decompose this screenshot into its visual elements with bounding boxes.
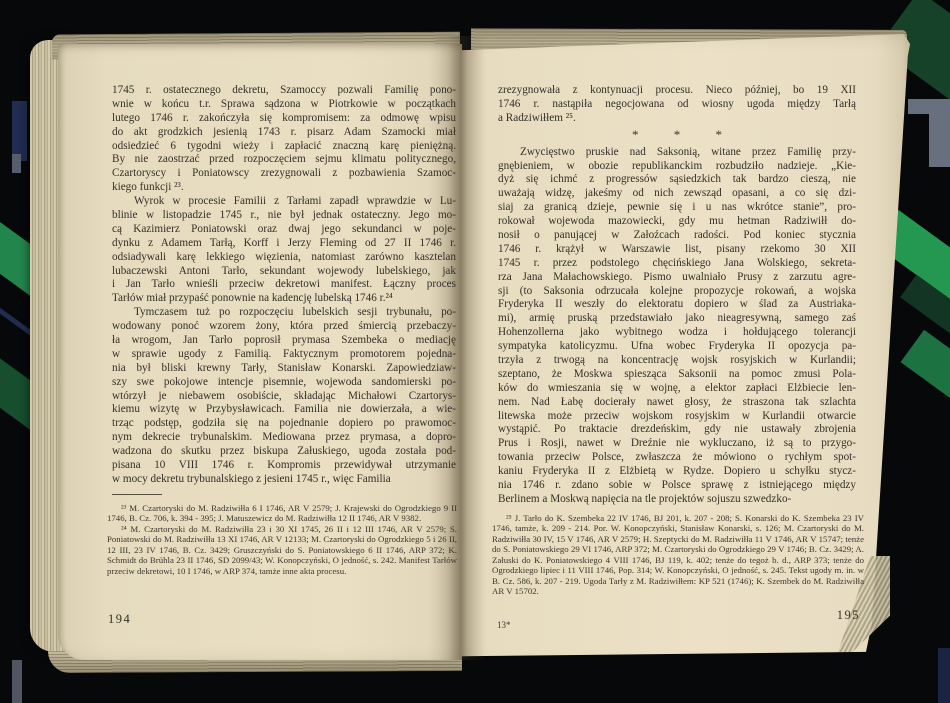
text-line: trzyła z trwogą na koncentrację wojsk ro…	[498, 354, 856, 368]
text-line: wnie w końcu t.r. Sprawa sądzona w Piotr…	[112, 98, 456, 112]
text-line: Wyrok w procesie Familii z Tarłami zapad…	[112, 195, 456, 209]
text-line: odsiadywali karę lekkiego więzienia, nat…	[112, 251, 456, 265]
text-line: lutego 1746 r. zakończyła się kompromise…	[112, 112, 456, 126]
footnote: ²⁵ J. Tarło do K. Szembeka 22 IV 1746, B…	[492, 513, 864, 597]
right-page-text-column: zrezygnowała z kontynuacji procesu. Niec…	[498, 84, 856, 597]
text-line: rza Jana Małachowskiego. Pismo uwalniało…	[498, 271, 856, 285]
open-book: 1745 r. ostatecznego dekretu, Szamoccy p…	[0, 0, 950, 703]
text-line: wadzona do skutku przez biskupa Załuskie…	[112, 445, 456, 459]
text-line: Zwycięstwo pruskie nad Saksonią, witane …	[498, 146, 856, 160]
text-line: sympatyka katolicyzmu. Ufna wobec Fryder…	[498, 340, 856, 354]
text-line: zrezygnowała z kontynuacji procesu. Niec…	[498, 84, 856, 98]
left-page-paragraphs: 1745 r. ostatecznego dekretu, Szamoccy p…	[112, 84, 456, 487]
text-line: nem. Nad Łabę docierały nawet głosy, że …	[498, 396, 856, 410]
text-line: wodowany ponoć wzorem żony, która przed …	[112, 320, 456, 334]
text-line: Prus i Rosji, nawet w Dreźnie nie wykluc…	[498, 437, 856, 451]
text-line: odsiedzieć 6 tygodni wieży i zapłacić zn…	[112, 140, 456, 154]
text-line: dynku z Adamem Tarłą, Korff i Jerzy Flem…	[112, 237, 456, 251]
text-line: w sprawie ugody z Familią. Faktycznym pr…	[112, 348, 456, 362]
text-line: 1745 r. przez podstolego chęcińskiego Ja…	[498, 257, 856, 271]
text-line: dyż się ichmć z progressów sąsiedzkich t…	[498, 173, 856, 187]
footnote: ²⁴ M. Czartoryski do M. Radziwiłła 23 i …	[107, 524, 457, 577]
text-line: gnębieniem, w obozie republikanckim rozb…	[498, 160, 856, 174]
text-line: Berlinem a Moskwą napięcia na tle projek…	[498, 493, 856, 507]
text-line: nym dekrecie trybunalskim. Mediowana prz…	[112, 431, 456, 445]
text-line: nia 1746 r. zdano sobie w Polsce sprawę …	[498, 479, 856, 493]
text-line: lubaczewski Antoni Tarło, sekundant woje…	[112, 265, 456, 279]
text-line: Tarłów miał przypaść ponownie na kadencj…	[112, 292, 456, 306]
text-line: Hohenzollerna jako wybitnego wodza i hoł…	[498, 326, 856, 340]
text-line: uważają widzę, jakeśmy od nich zewsząd o…	[498, 187, 856, 201]
text-line: wtórzył je niebawem osobiście, składając…	[112, 390, 456, 404]
text-line: Fryderyka II weszły do elektoratu dopier…	[498, 298, 856, 312]
text-line: By nie zaostrzać przed rozpoczęciem sejm…	[112, 153, 456, 167]
text-line: Tymczasem tuż po rozpoczęciu lubelskich …	[112, 306, 456, 320]
printer-signature-mark: 13*	[497, 620, 511, 630]
text-line: 1746 r. nastąpiła negocjowana od wiosny …	[498, 98, 856, 112]
right-page-footnotes: ²⁵ J. Tarło do K. Szembeka 22 IV 1746, B…	[492, 513, 864, 597]
text-line: pisana 10 VIII 1746 r. Kompromis przewid…	[112, 459, 456, 473]
text-line: rokował wojewoda mazowiecki, gdy mu hetm…	[498, 215, 856, 229]
text-line: sji (to Saksonia odrzucała kolejne propo…	[498, 285, 856, 299]
desktop: { "desktop": { "bg": "#07080a", "green_b…	[0, 0, 950, 703]
page-number-right: 195	[760, 608, 860, 623]
left-page-footnotes: ²³ M. Czartoryski do M. Radziwiłła 6 I 1…	[107, 503, 457, 577]
text-line: ków do wmieszania się w wojnę, a elektor…	[498, 382, 856, 396]
page-number-left: 194	[108, 612, 131, 627]
text-line: do akt grodzkich jesienią 1743 r. pisarz…	[112, 126, 456, 140]
text-line: wystąpić. Po traktacie drezdeńskim, gdy …	[498, 423, 856, 437]
footnote-separator-rule	[112, 494, 162, 495]
text-line: trząc podstęp, godziła się na pojednanie…	[112, 417, 456, 431]
footnote: ²³ M. Czartoryski do M. Radziwiłła 6 I 1…	[107, 503, 457, 524]
text-line: a Radziwiłłem ²⁵.	[498, 112, 856, 126]
text-line: kiemu wizytę w Przybysławicach. Familia …	[112, 403, 456, 417]
text-line: kaniu Fryderyka II z Elżbietą w Rydze. D…	[498, 465, 856, 479]
text-line: i Jan Tarło wnieśli przeciw dekretowi ma…	[112, 278, 456, 292]
text-line: nosił o panującej w Załoźcach radości. P…	[498, 229, 856, 243]
text-line: szeptano, że Moskwa spiesząca Saksonii n…	[498, 368, 856, 382]
text-line: towania przeciw Polsce, zwłaszcza że mów…	[498, 451, 856, 465]
text-line: nia był bliski krewny Tarły, Stanisław K…	[112, 362, 456, 376]
text-line: Czartoryscy i Poniatowscy zrezygnowali z…	[112, 167, 456, 181]
left-page-text-column: 1745 r. ostatecznego dekretu, Szamoccy p…	[112, 84, 456, 576]
text-line: ła wrogom, Jan Tarło poprosił prymasa Sz…	[112, 334, 456, 348]
text-line: litewska może przeciw wojskom rosyjskim …	[498, 410, 856, 424]
text-line: kiego funkcji ²³.	[112, 181, 456, 195]
right-page-paragraphs: zrezygnowała z kontynuacji procesu. Niec…	[498, 84, 856, 507]
text-line: mi), armię pruską przedstawiało jako nie…	[498, 312, 856, 326]
text-line: siaj za granicą dzieje, pewnie się i u n…	[498, 201, 856, 215]
text-line: 1746 r. krążył w Warszawie list, pisany …	[498, 243, 856, 257]
text-line: blinie w listopadzie 1745 r., nie był je…	[112, 209, 456, 223]
text-line: cą Kazimierz Poniatowski oraz dwaj jego …	[112, 223, 456, 237]
text-line: 1745 r. ostatecznego dekretu, Szamoccy p…	[112, 84, 456, 98]
text-line: w mocy dekretu trybunalskiego z jesieni …	[112, 473, 456, 487]
section-separator-stars: * * *	[498, 126, 856, 146]
text-line: szy swe pokojowe intencje pisemnie, woje…	[112, 376, 456, 390]
